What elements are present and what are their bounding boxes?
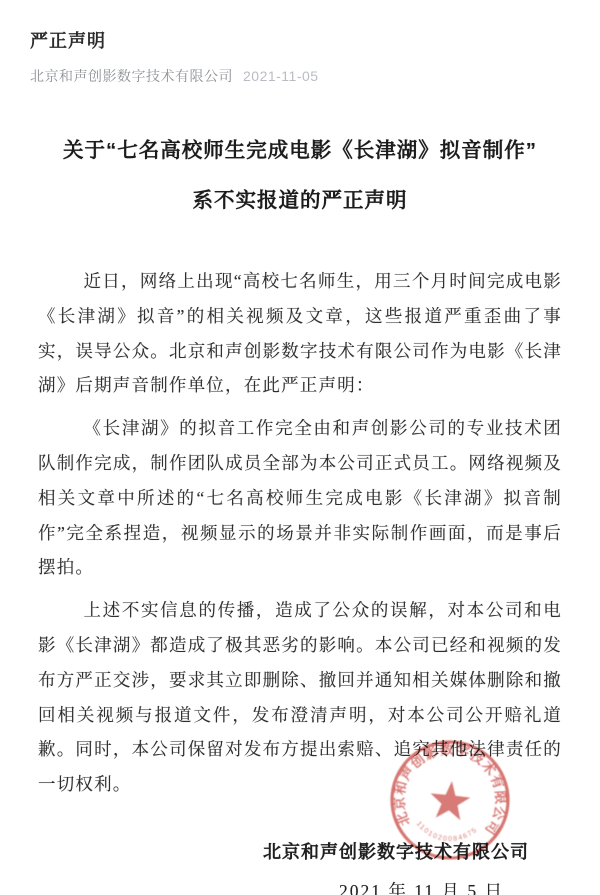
byline: 北京和声创影数字技术有限公司 2021-11-05 [30,66,570,86]
letter-paragraph: 《长津湖》的拟音工作完全由和声创影公司的专业技术团队制作完成，制作团队成员全部为… [38,411,562,585]
statement-letter: 关于“七名高校师生完成电影《长津湖》拟音制作” 系不实报道的严正声明 近日，网络… [0,126,600,895]
letter-title-line-2: 系不实报道的严正声明 [38,176,562,226]
letter-sign-date: 2021 年 11 月 5 日 [38,878,562,895]
signature-block: 北京和声创影数字技术有限公司 2021 年 11 月 5 日 [38,838,562,895]
article-source[interactable]: 北京和声创影数字技术有限公司 [30,66,233,86]
article-title: 严正声明 [30,27,570,53]
letter-body: 近日，网络上出现“高校七名师生，用三个月时间完成电影《长津湖》拟音”的相关视频及… [38,264,562,802]
page: 严正声明 北京和声创影数字技术有限公司 2021-11-05 关于“七名高校师生… [0,0,600,895]
article-date: 2021-11-05 [243,68,319,84]
letter-paragraph: 上述不实信息的传播，造成了公众的误解，对本公司和电影《长津湖》都造成了极其恶劣的… [38,593,562,802]
article-header: 严正声明 北京和声创影数字技术有限公司 2021-11-05 [0,0,600,86]
letter-title-line-1: 关于“七名高校师生完成电影《长津湖》拟音制作” [38,126,562,176]
letter-signature: 北京和声创影数字技术有限公司 [38,838,562,864]
letter-paragraph: 近日，网络上出现“高校七名师生，用三个月时间完成电影《长津湖》拟音”的相关视频及… [38,264,562,403]
letter-title: 关于“七名高校师生完成电影《长津湖》拟音制作” 系不实报道的严正声明 [38,126,562,226]
